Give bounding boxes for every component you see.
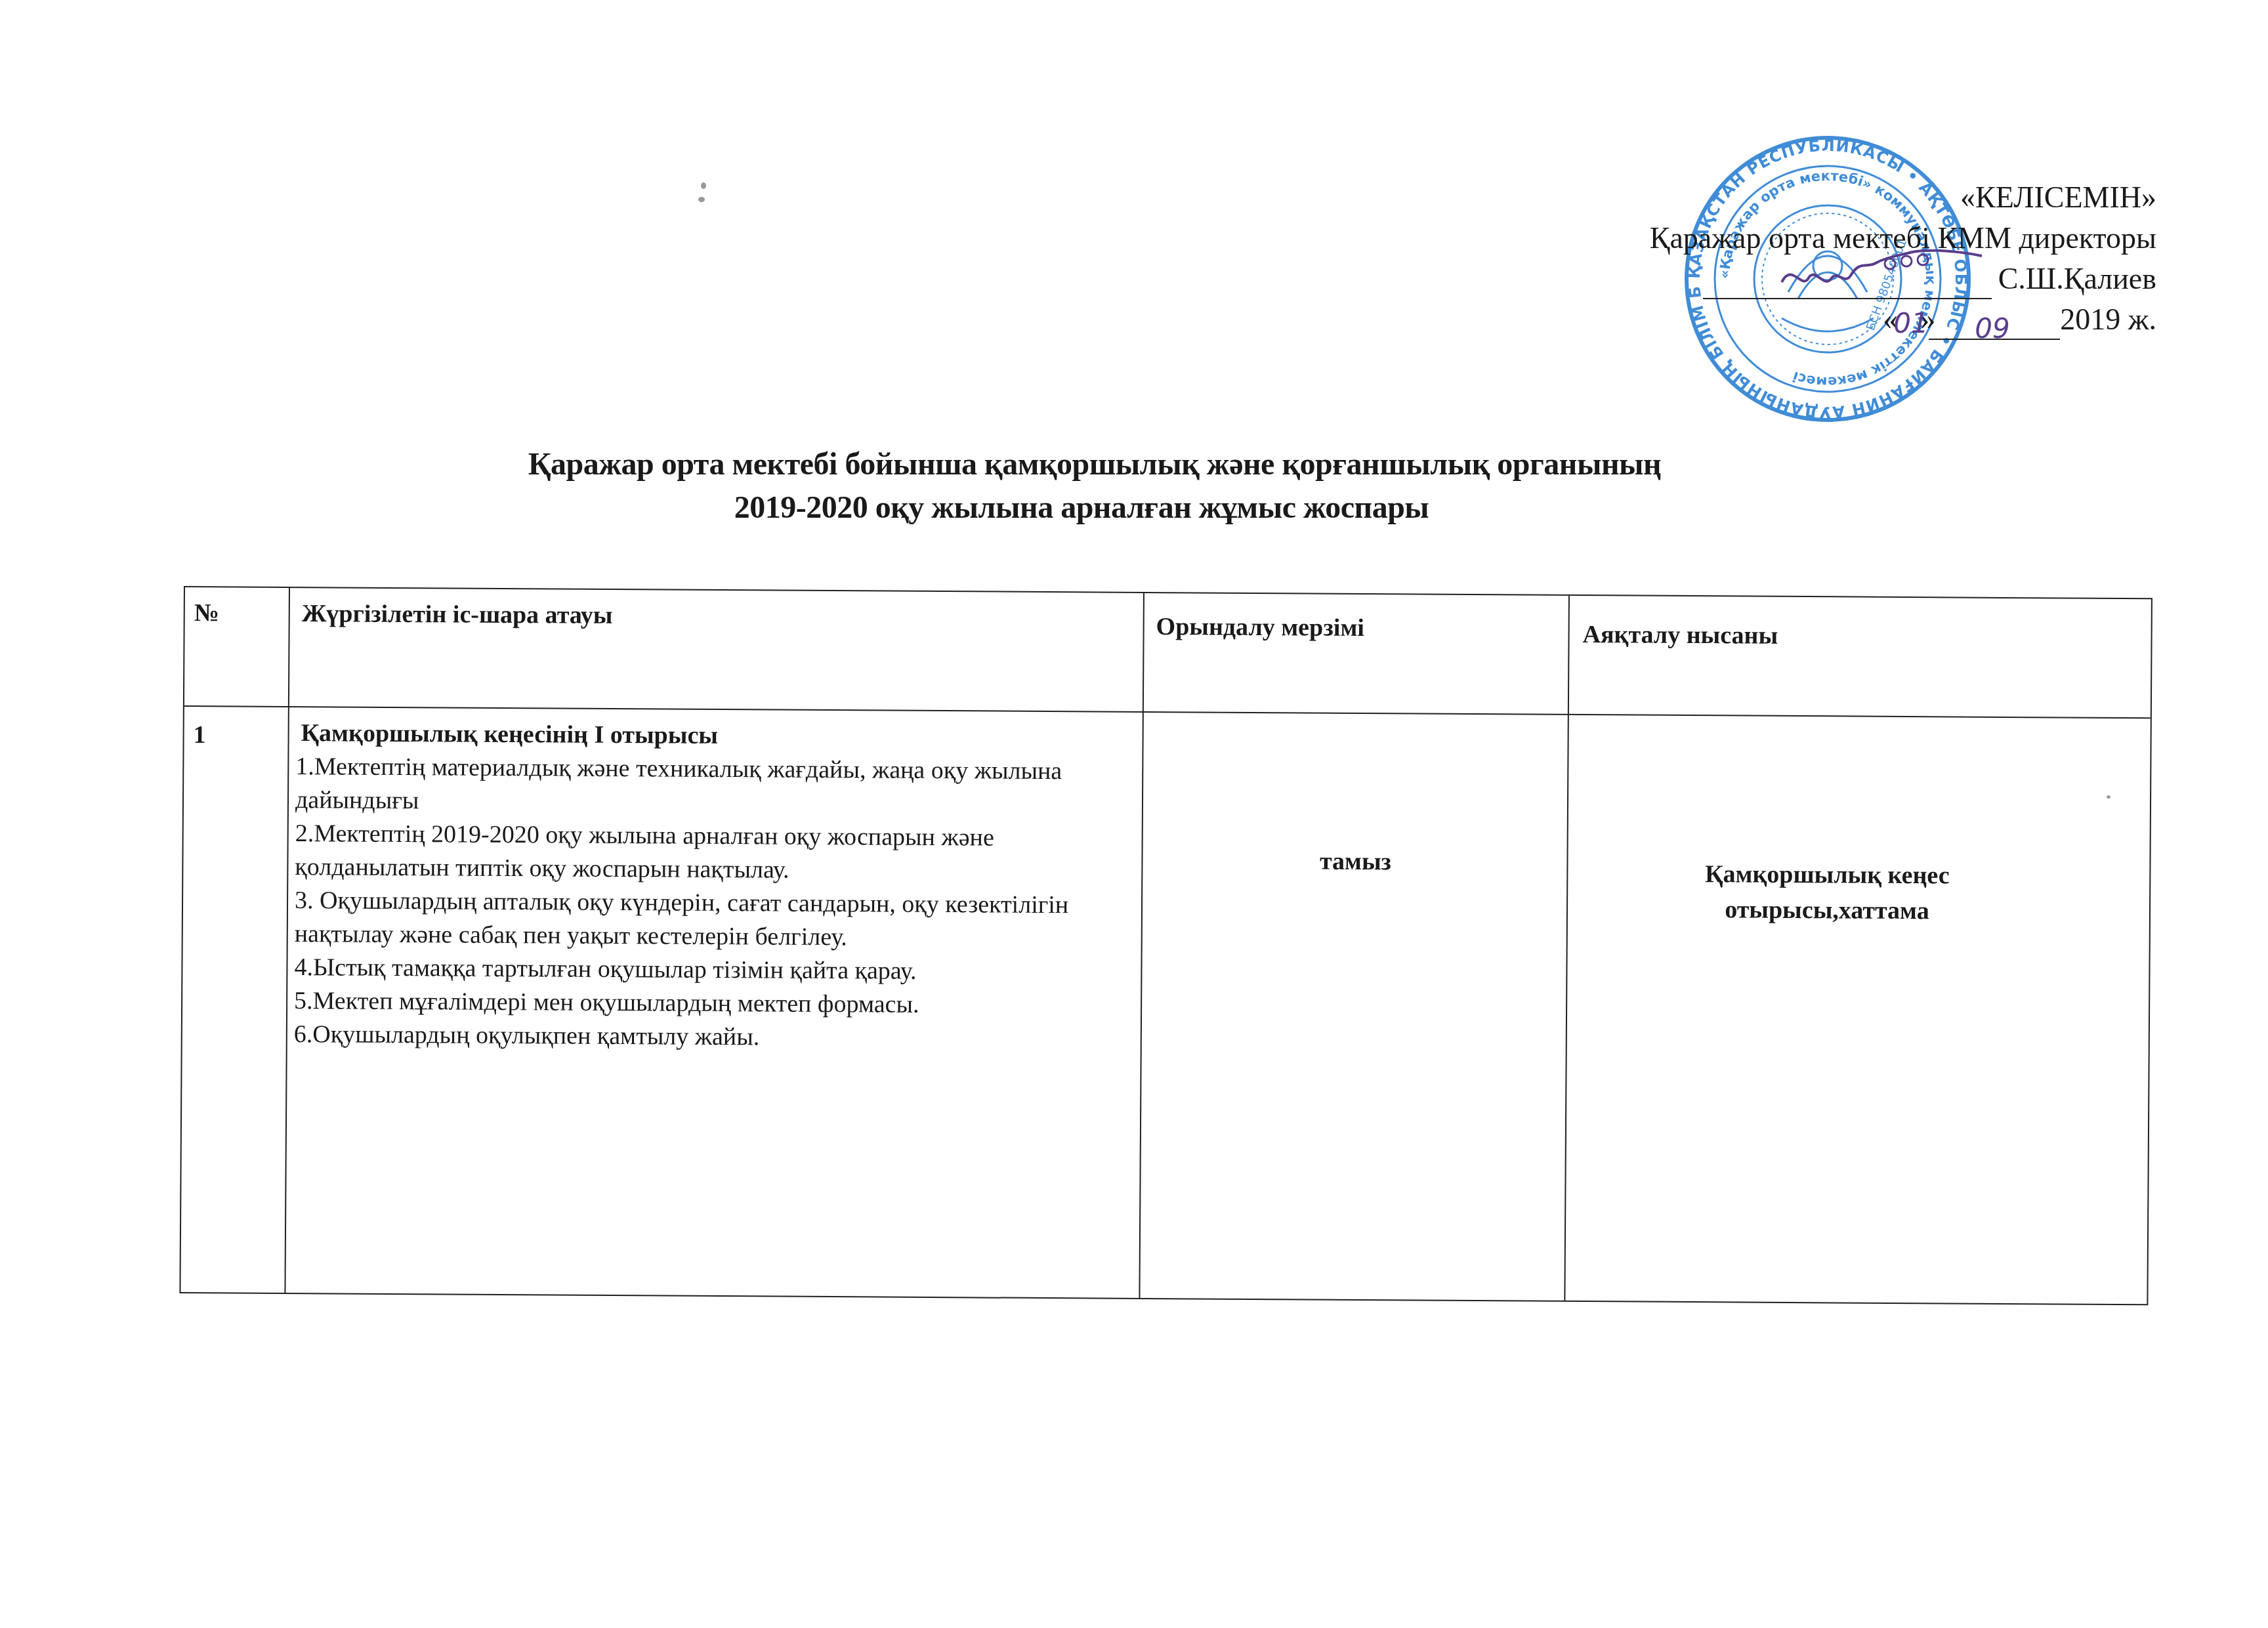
- date-month-line: 09: [1929, 312, 2060, 340]
- header-event-name: Жүргізілетін іс-шара атауы: [302, 597, 613, 633]
- scan-artifact: [701, 182, 706, 189]
- scan-artifact: [698, 197, 705, 202]
- row-1-item-6: 6.Оқушылардың оқулықпен қамтылу жайы.: [294, 1018, 1127, 1056]
- signature-line: [1703, 272, 1992, 299]
- handwritten-signature-icon: [1775, 249, 1985, 295]
- row-1-completion-form: Қамқоршылық кеңес отырысы,хаттама: [1627, 856, 2028, 929]
- approval-year: 2019 ж.: [2060, 303, 2156, 336]
- signer-name: С.Ш.Қалиев: [1998, 262, 2156, 295]
- header-completion-form: Аяқталу нысаны: [1582, 618, 1778, 653]
- row-1-number: 1: [193, 719, 205, 752]
- scan-artifact: [2107, 795, 2110, 799]
- row-1-deadline: тамыз: [1143, 844, 1568, 880]
- date-row: «01» 092019 ж.: [1650, 299, 2156, 340]
- approval-heading: «КЕЛІСЕМІН»: [1650, 177, 2156, 218]
- approval-block: «КЕЛІСЕМІН» Қаражар орта мектебі КММ дир…: [1650, 177, 2156, 340]
- row-1-item-5: 5.Мектеп мұғалімдері мен оқушылардың мек…: [294, 984, 1127, 1023]
- handwritten-month: 09: [1975, 308, 2009, 349]
- row-1-item-1: 1.Мектептің материалдық және техникалық …: [295, 750, 1129, 822]
- row-1-item-3: 3. Оқушылардың апталық оқу күндерін, сағ…: [295, 884, 1129, 956]
- date-day: «01»: [1883, 299, 1929, 340]
- signature-row: С.Ш.Қалиев: [1650, 259, 2156, 299]
- row-1-event-title: Қамқоршылық кеңесінің I отырысы: [295, 717, 1129, 755]
- document-title: Қаражар орта мектебі бойынша қамқоршылық…: [0, 443, 2268, 530]
- title-line-1: Қаражар орта мектебі бойынша қамқоршылық…: [0, 443, 2268, 486]
- work-plan-table: № Жүргізілетін іс-шара атауы Орындалу ме…: [179, 586, 2152, 1305]
- title-line-2: 2019-2020 оқу жылына арналған жұмыс жосп…: [0, 486, 2268, 530]
- handwritten-day: 01: [1893, 303, 1928, 344]
- row-1-item-2: 2.Мектептің 2019-2020 оқу жылына арналға…: [295, 817, 1129, 889]
- header-number: №: [194, 596, 219, 630]
- row-1-event-cell: Қамқоршылық кеңесінің I отырысы 1.Мектеп…: [294, 717, 1129, 1056]
- row-1-item-4: 4.Ыстық тамаққа тартылған оқушылар тізім…: [294, 951, 1127, 990]
- header-deadline: Орындалу мерзімі: [1156, 610, 1364, 645]
